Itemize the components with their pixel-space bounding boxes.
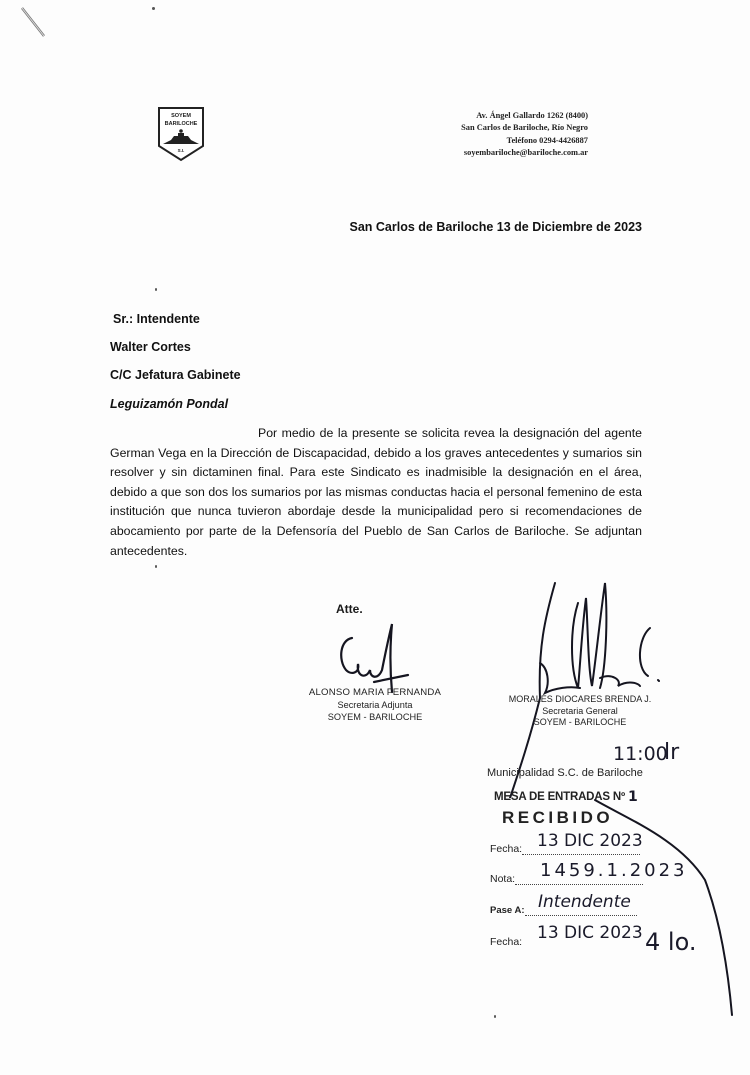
field-label: Fecha: xyxy=(490,843,522,855)
scanned-letter-page: SOYEM BARILOCHE S.I. Av. Ángel Gallardo … xyxy=(0,0,750,1075)
stamp-municipality: Municipalidad S.C. de Bariloche xyxy=(487,767,643,779)
closing: Atte. xyxy=(336,602,363,616)
recipient-cc-name: Leguizamón Pondal xyxy=(110,397,228,411)
signatory-1-name: ALONSO MARIA FERNANDA xyxy=(305,687,445,699)
signature-alonso-icon xyxy=(330,620,430,695)
svg-text:BARILOCHE: BARILOCHE xyxy=(165,121,198,127)
signatory-2-block: MORALES DIOCARES BRENDA J. Secretaria Ge… xyxy=(505,694,655,729)
recipient-cc: C/C Jefatura Gabinete xyxy=(110,368,241,382)
svg-text:SOYEM: SOYEM xyxy=(171,113,191,119)
speck xyxy=(152,7,155,10)
handwritten-time: 11:00 xyxy=(613,743,668,765)
speck xyxy=(155,288,157,291)
letter-date: San Carlos de Bariloche 13 de Diciembre … xyxy=(300,220,642,234)
signatory-2-org: SOYEM - BARILOCHE xyxy=(505,717,655,729)
handwritten-initials: lr xyxy=(664,740,679,765)
address-street: Av. Ángel Gallardo 1262 (8400) xyxy=(420,110,588,122)
handwritten-bracket-icon xyxy=(590,780,740,1020)
letter-body: Por medio de la presente se solicita rev… xyxy=(110,424,642,561)
svg-text:S.I.: S.I. xyxy=(178,148,185,153)
letterhead-address: Av. Ángel Gallardo 1262 (8400) San Carlo… xyxy=(420,110,588,160)
speck xyxy=(155,565,157,568)
signatory-1-org: SOYEM - BARILOCHE xyxy=(305,711,445,723)
address-city: San Carlos de Bariloche, Río Negro xyxy=(420,122,588,134)
scan-mark-icon xyxy=(18,4,48,40)
address-email: soyembariloche@bariloche.com.ar xyxy=(420,147,588,159)
signatory-1-block: ALONSO MARIA FERNANDA Secretaria Adjunta… xyxy=(305,687,445,723)
field-label: Fecha: xyxy=(490,936,522,948)
field-label: Nota: xyxy=(490,873,515,885)
recipient-title: Sr.: Intendente xyxy=(113,312,200,326)
speck xyxy=(494,1015,496,1018)
signatory-2-role: Secretaria General xyxy=(505,706,655,718)
signatory-2-name: MORALES DIOCARES BRENDA J. xyxy=(505,694,655,706)
field-label: Pase A: xyxy=(490,905,525,916)
union-shield-logo-icon: SOYEM BARILOCHE S.I. xyxy=(157,106,205,162)
recipient-name: Walter Cortes xyxy=(110,340,191,354)
address-phone: Teléfono 0294-4426887 xyxy=(420,135,588,147)
signatory-1-role: Secretaria Adjunta xyxy=(305,699,445,711)
letter-body-text: Por medio de la presente se solicita rev… xyxy=(110,426,642,558)
